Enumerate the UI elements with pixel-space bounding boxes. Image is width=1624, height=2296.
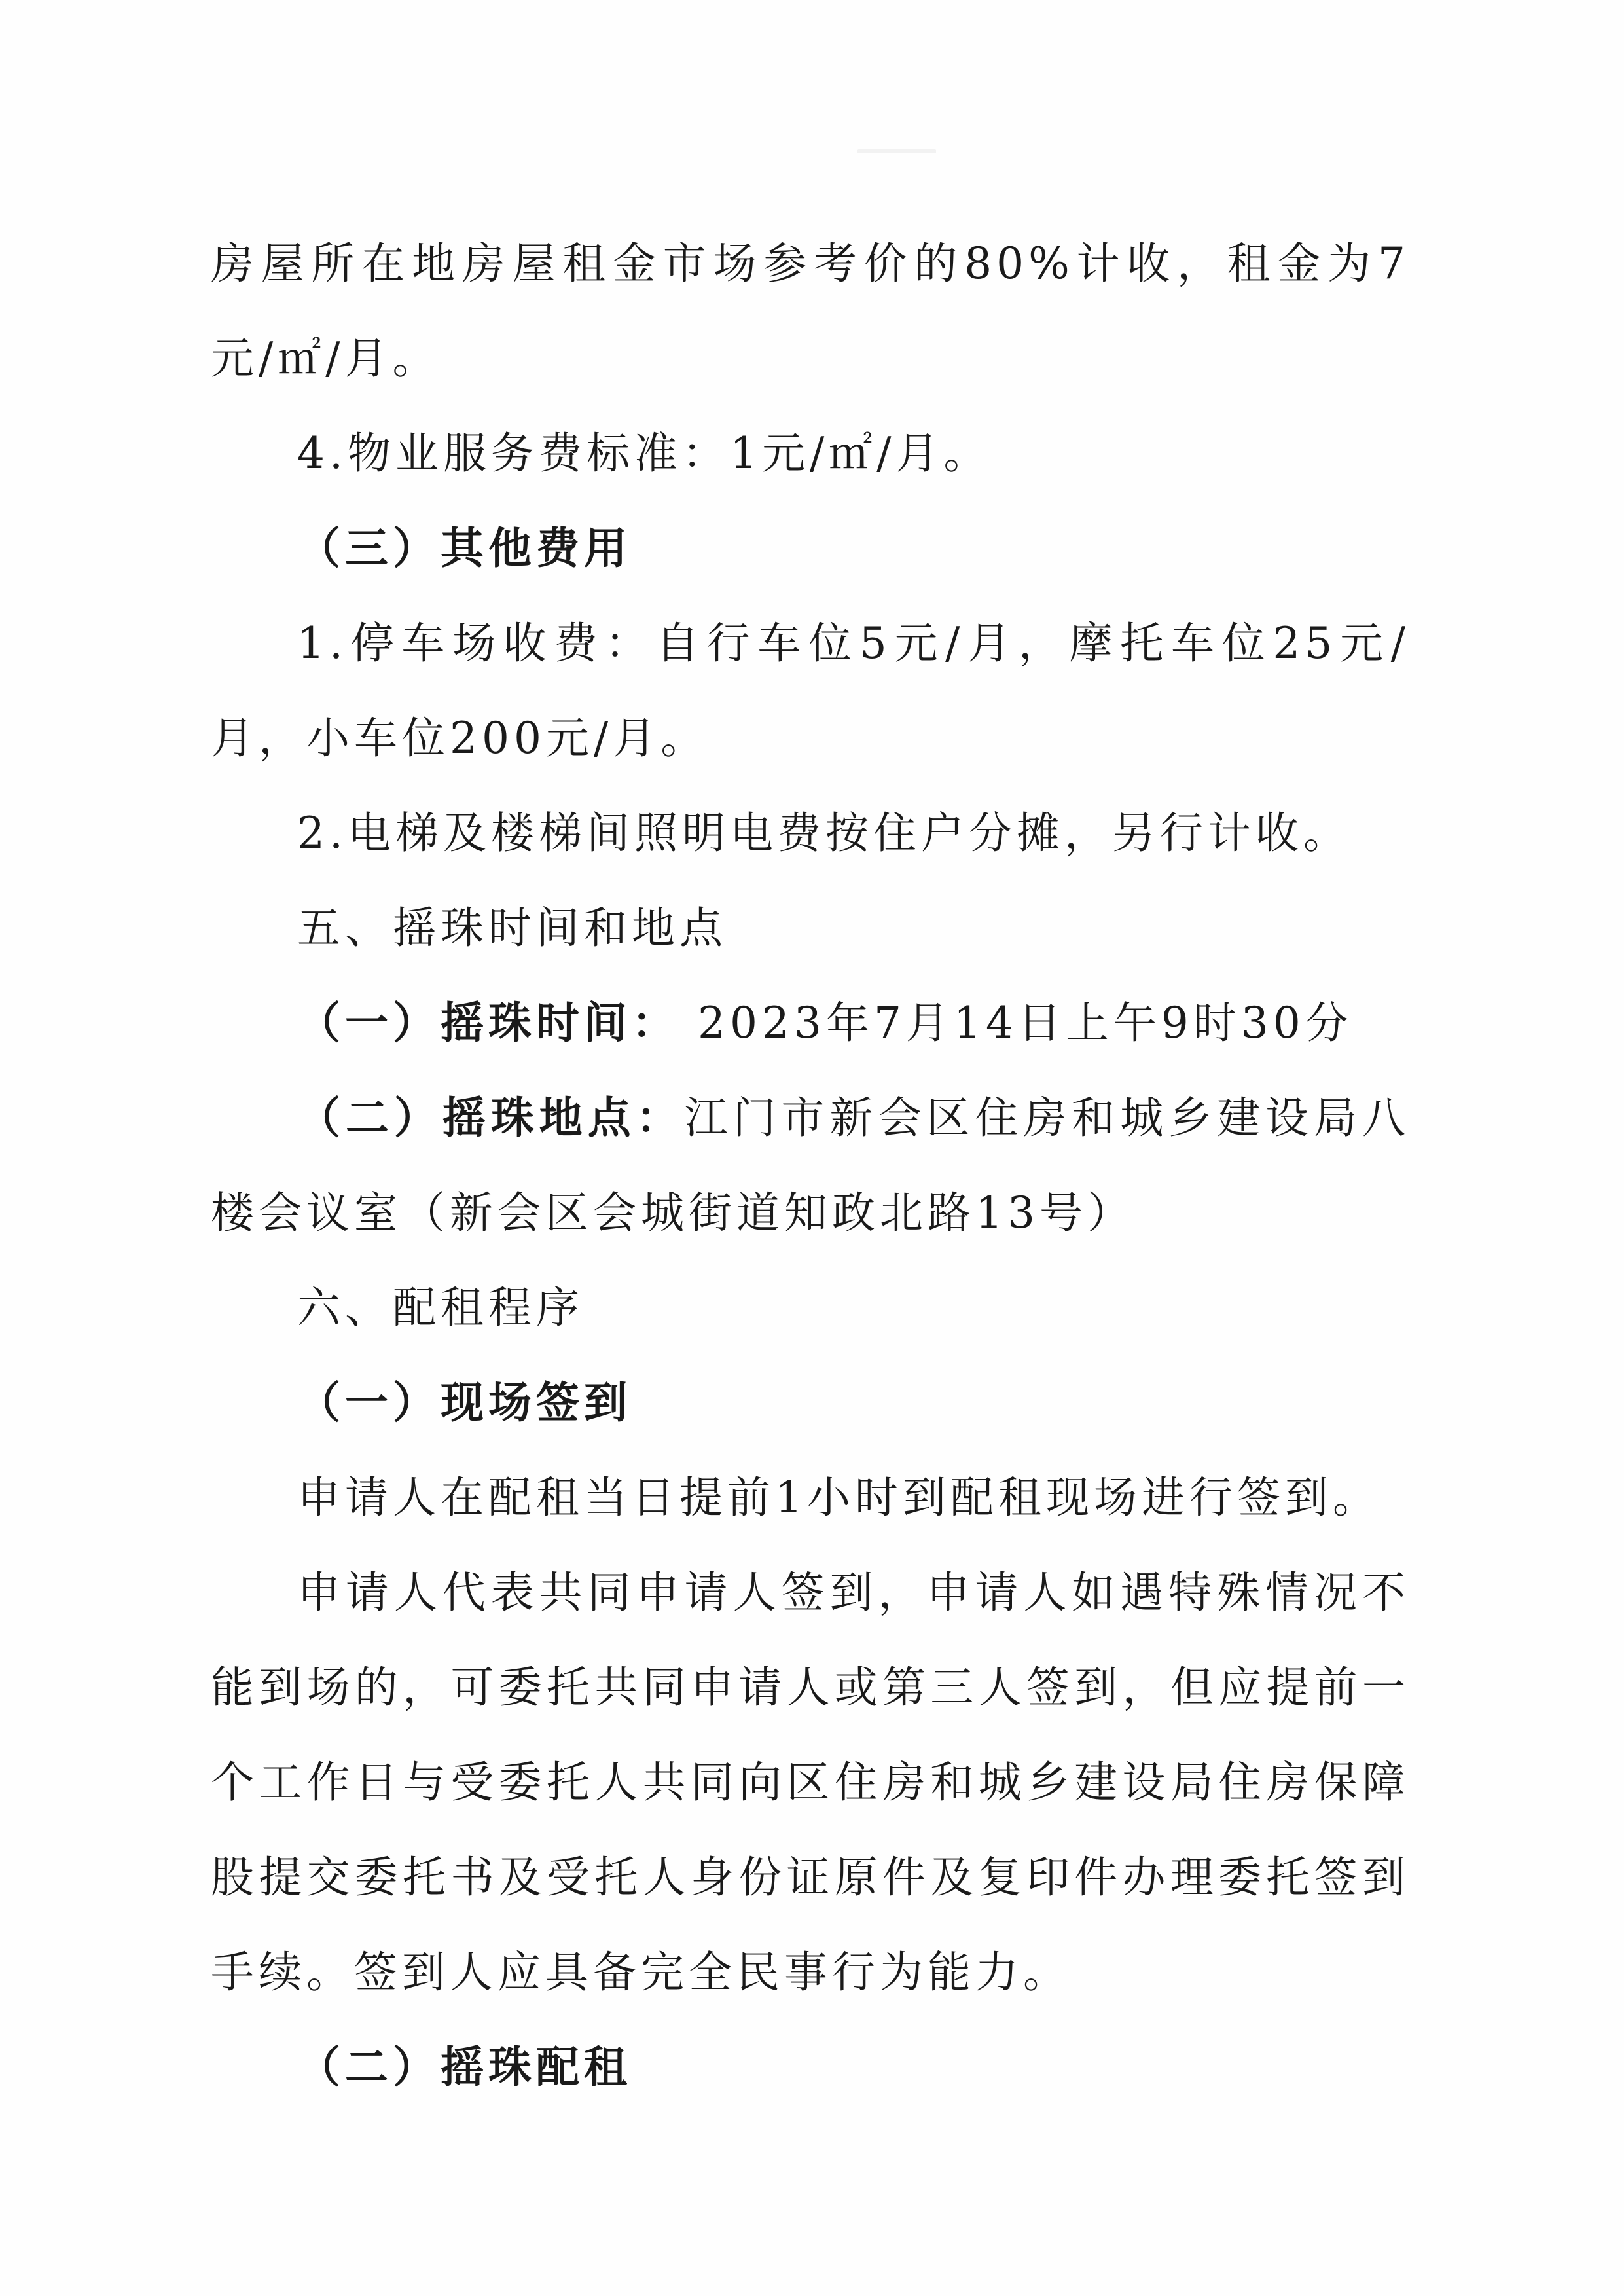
lottery-time-label: （一）摇珠时间： — [297, 997, 679, 1048]
elevator-fee-paragraph: 2.电梯及楼梯间照明电费按住户分摊，另行计收。 — [211, 786, 1410, 881]
document-body: 房屋所在地房屋租金市场参考价的80%计收，租金为7元/㎡/月。 4.物业服务费标… — [211, 216, 1410, 2115]
other-fees-heading: （三）其他费用 — [211, 501, 1410, 596]
property-fee-paragraph: 4.物业服务费标准：1元/㎡/月。 — [211, 406, 1410, 501]
section-5-heading: 五、摇珠时间和地点 — [211, 881, 1410, 975]
checkin-proxy-paragraph: 申请人代表共同申请人签到，申请人如遇特殊情况不能到场的，可委托共同申请人或第三人… — [211, 1545, 1410, 2020]
checkin-time-paragraph: 申请人在配租当日提前1小时到配租现场进行签到。 — [211, 1450, 1410, 1545]
document-page: 房屋所在地房屋租金市场参考价的80%计收，租金为7元/㎡/月。 4.物业服务费标… — [0, 0, 1624, 2296]
checkin-heading: （一）现场签到 — [211, 1355, 1410, 1450]
lottery-allocation-heading: （二）摇珠配租 — [211, 2020, 1410, 2115]
lottery-location-paragraph: （二）摇珠地点：江门市新会区住房和城乡建设局八楼会议室（新会区会城街道知政北路1… — [211, 1070, 1410, 1260]
rent-continuation-paragraph: 房屋所在地房屋租金市场参考价的80%计收，租金为7元/㎡/月。 — [211, 216, 1410, 406]
lottery-time-paragraph: （一）摇珠时间： 2023年7月14日上午9时30分 — [211, 975, 1410, 1070]
section-6-heading: 六、配租程序 — [211, 1260, 1410, 1355]
parking-fee-paragraph: 1.停车场收费：自行车位5元/月，摩托车位25元/月，小车位200元/月。 — [211, 596, 1410, 786]
lottery-location-label: （二）摇珠地点： — [297, 1092, 685, 1143]
scan-artifact — [857, 149, 936, 153]
lottery-time-value: 2023年7月14日上午9时30分 — [679, 998, 1353, 1048]
